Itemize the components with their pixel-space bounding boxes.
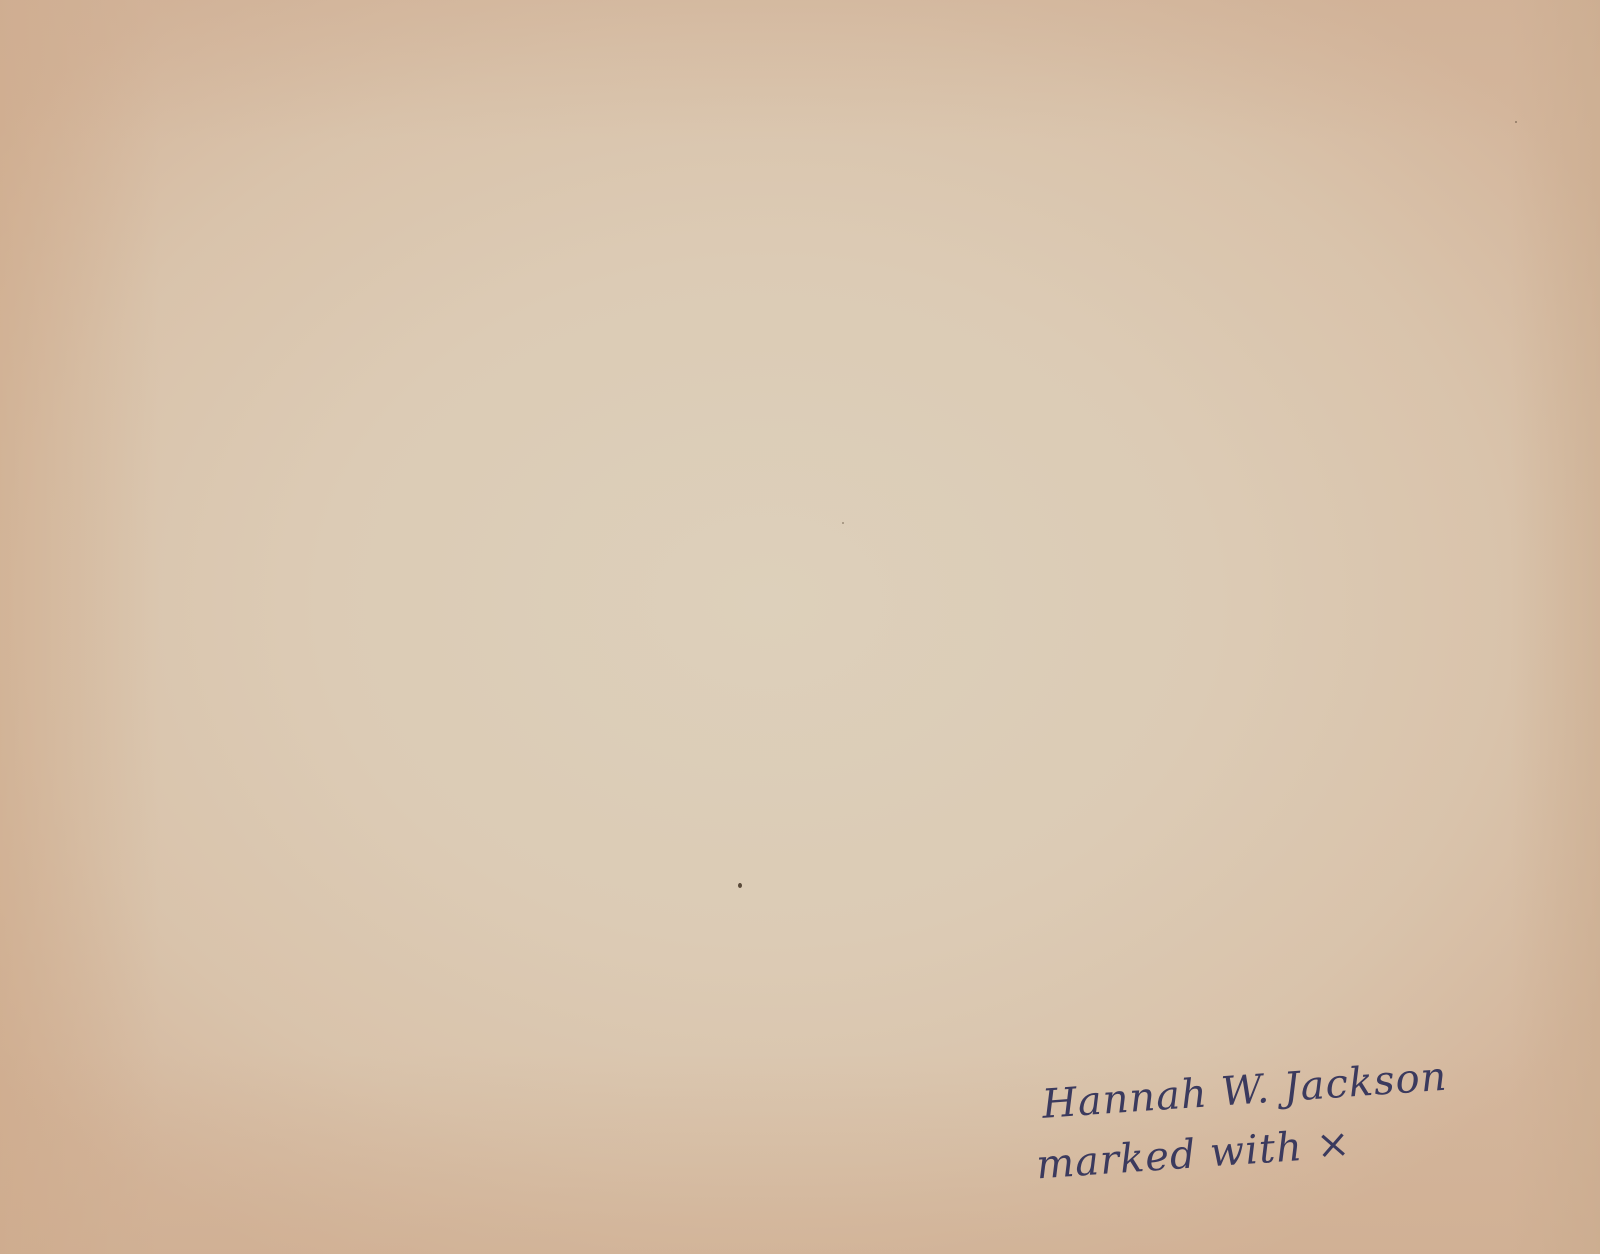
top-shading [0, 0, 1600, 140]
paper-speck [842, 522, 844, 524]
paper-speck [738, 883, 742, 888]
paper-page: Hannah W. Jackson marked with × [0, 0, 1600, 1254]
paper-speck [1515, 121, 1517, 123]
